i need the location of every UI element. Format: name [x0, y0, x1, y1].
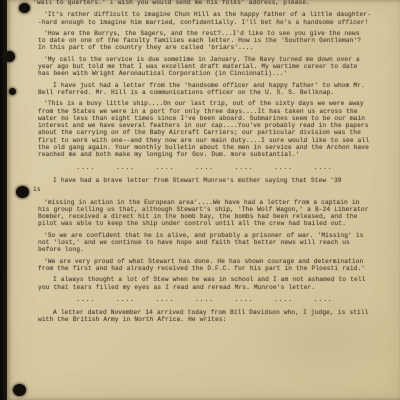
punch-hole [9, 88, 16, 95]
scanned-letter-page: 'wall to quarters.' I wish you would sen… [0, 0, 400, 400]
section-separator: .... .... .... .... .... .... .... [38, 164, 371, 171]
punch-hole [16, 186, 29, 198]
section-separator: .... .... .... .... .... .... .... [38, 296, 371, 303]
punch-hole [4, 51, 15, 62]
letter-paragraph: 'My call to the service is due sometime … [38, 56, 371, 78]
punch-hole [19, 3, 30, 13]
letter-paragraph: I have just had a letter from the 'hands… [38, 82, 371, 97]
letter-paragraph-continuation: is [33, 186, 371, 193]
punch-hole [13, 384, 26, 396]
letter-paragraph: 'wall to quarters.' I wish you would sen… [33, 0, 371, 6]
letter-paragraph: 'This is a busy little ship....On our la… [38, 100, 371, 158]
letter-paragraph: 'It's rather difficult to imagine Chun H… [38, 11, 371, 26]
letter-paragraph: 'missing in action in the European area'… [38, 199, 371, 228]
letter-paragraph: A letter dated November 14 arrived today… [38, 309, 371, 324]
letter-paragraph: I have had a brave letter from Stewart M… [38, 177, 371, 184]
letter-body: 'wall to quarters.' I wish you would sen… [38, 1, 371, 328]
letter-paragraph: 'We are very proud of what Stewart has d… [38, 258, 371, 273]
letter-paragraph: I always thought a lot of Stew when he w… [38, 276, 371, 291]
letter-paragraph: 'So we are confident that he is alive, a… [38, 232, 371, 254]
letter-paragraph: 'How are the Burrys, the Sagers, and the… [38, 30, 371, 52]
